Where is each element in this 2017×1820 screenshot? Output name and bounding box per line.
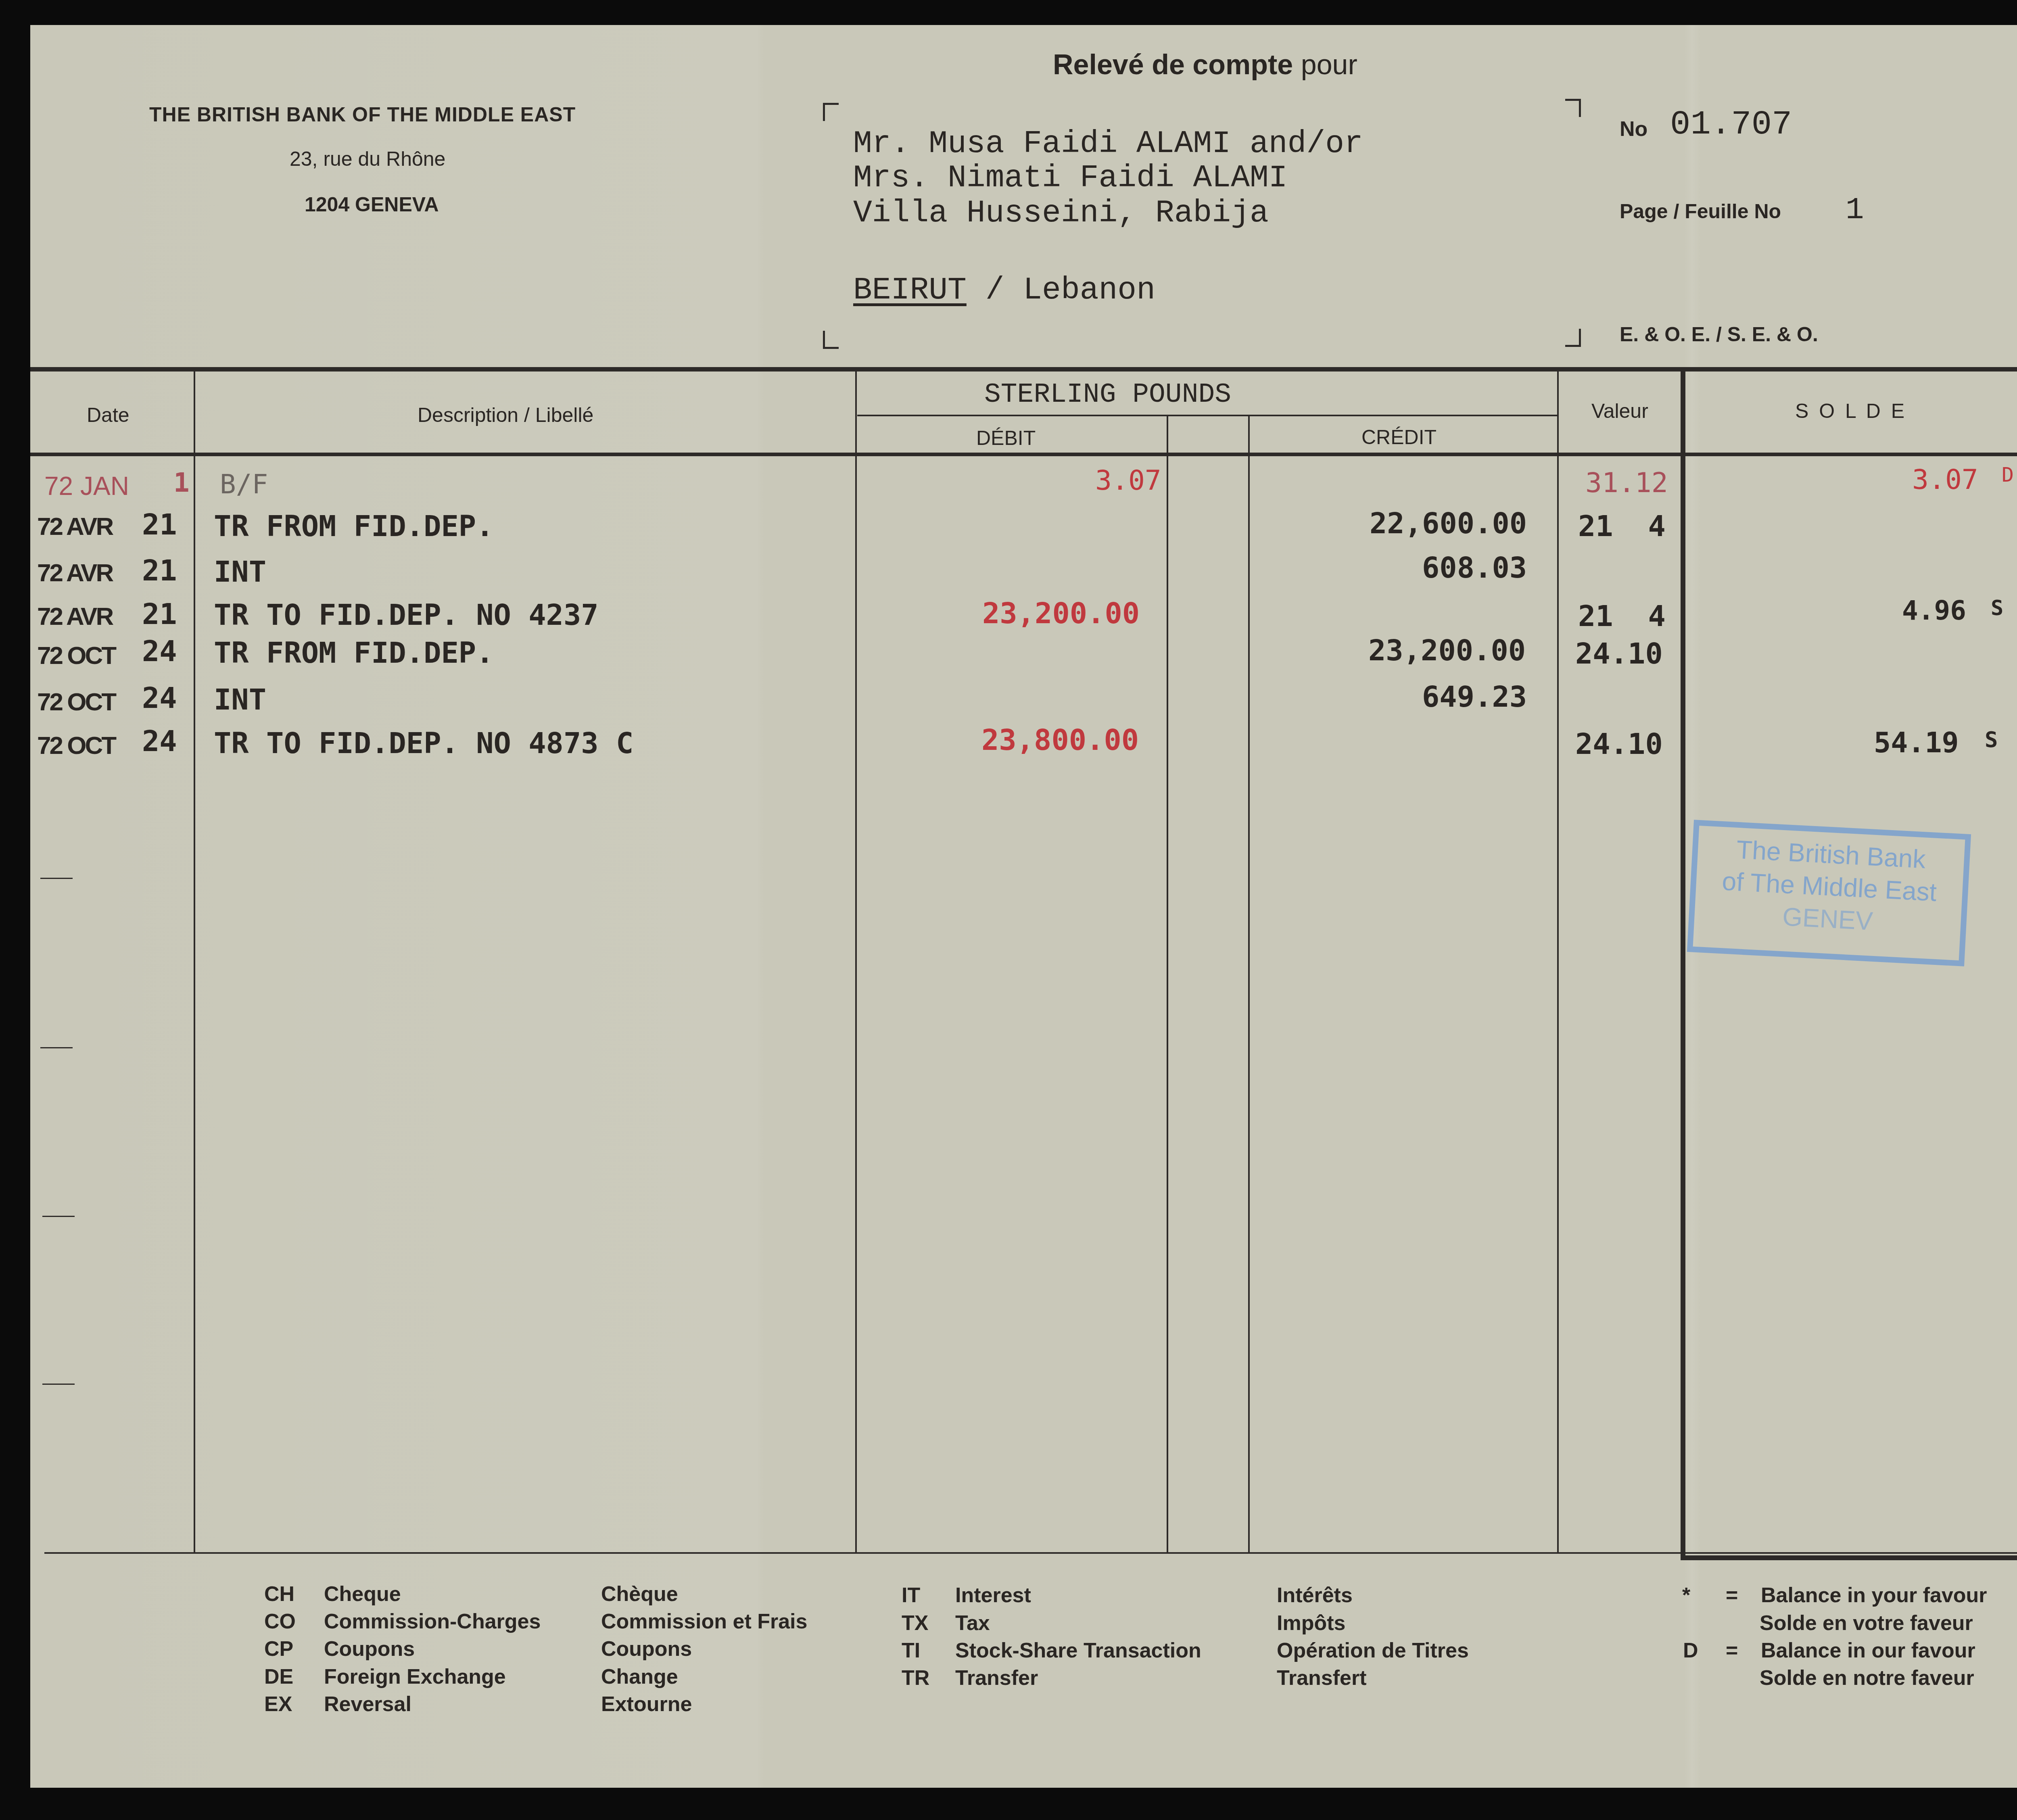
header-valeur: Valeur	[1591, 399, 1648, 423]
balance-en: Balance in our favour	[1761, 1638, 1975, 1663]
legend-fr: Extourne	[601, 1692, 692, 1716]
legend-en: Coupons	[324, 1637, 415, 1661]
row-solde-flag: D	[2002, 463, 2014, 486]
row-date-day: 24	[142, 634, 177, 668]
row-date-ym: 72 AVR	[37, 512, 112, 541]
legend-fr: Opération de Titres	[1277, 1638, 1469, 1663]
column-divider-credit	[1557, 372, 1559, 1552]
margin-tick	[42, 1216, 75, 1217]
recipient-city-country: BEIRUT / Lebanon	[853, 273, 1155, 307]
recipient-country: Lebanon	[1023, 273, 1155, 308]
row-valeur: 24.10	[1575, 637, 1663, 670]
row-description: B/F	[220, 469, 268, 500]
row-valeur: 31.12	[1585, 467, 1668, 499]
legend-code: IT	[902, 1583, 920, 1607]
row-date-day: 21	[142, 597, 177, 631]
row-date-day: 21	[142, 553, 177, 587]
balance-equals: =	[1726, 1583, 1738, 1607]
margin-tick	[40, 878, 73, 879]
statement-title-suffix: pour	[1301, 49, 1357, 80]
row-date-day: 21	[142, 507, 177, 541]
row-date-ym: 72 AVR	[37, 559, 112, 587]
legend-code: EX	[264, 1692, 292, 1716]
header-date: Date	[87, 403, 129, 427]
row-valeur: 21 4	[1578, 599, 1666, 633]
row-description: INT	[214, 555, 266, 589]
row-description: TR TO FID.DEP. NO 4237	[214, 598, 599, 632]
balance-fr: Solde en votre faveur	[1760, 1611, 1973, 1635]
column-divider-debit	[1248, 416, 1250, 1552]
legend-code: CH	[264, 1582, 294, 1606]
row-date-ym: 72 OCT	[37, 641, 115, 670]
row-description: TR FROM FID.DEP.	[214, 509, 494, 543]
legend-en: Stock-Share Transaction	[955, 1638, 1201, 1663]
row-date-day: 24	[142, 724, 177, 758]
legend-code: CP	[264, 1637, 293, 1661]
row-valeur: 21 4	[1578, 509, 1666, 543]
balance-equals: =	[1726, 1638, 1738, 1663]
legend-code: TI	[902, 1638, 920, 1663]
legend-en: Interest	[955, 1583, 1031, 1607]
legend-fr: Intérêts	[1277, 1583, 1353, 1607]
address-bracket-top-left	[823, 103, 839, 121]
row-solde: 54.19	[1874, 726, 1959, 759]
row-solde-flag: S	[1985, 727, 1998, 752]
legend-fr: Chèque	[601, 1582, 678, 1606]
balance-en: Balance in your favour	[1761, 1583, 1987, 1607]
row-debit: 23,200.00	[982, 596, 1140, 630]
legend-code: CO	[264, 1609, 296, 1634]
header-solde: S O L D E	[1795, 399, 1907, 423]
address-bracket-bottom-left	[823, 331, 839, 349]
row-credit: 608.03	[1422, 551, 1527, 584]
disclaimer: E. & O. E. / S. E. & O.	[1620, 323, 1818, 346]
bank-stamp: The British Bank of The Middle East GENE…	[1687, 820, 1971, 966]
row-credit: 23,200.00	[1368, 633, 1526, 667]
row-date-ym: 72 OCT	[37, 731, 115, 760]
row-solde: 4.96	[1902, 595, 1966, 626]
column-divider-date	[194, 372, 195, 1552]
header-debit: DÉBIT	[976, 426, 1036, 450]
statement-number: 01.707	[1670, 106, 1792, 144]
header-description: Description / Libellé	[418, 403, 593, 427]
statement-number-label: No	[1620, 117, 1647, 141]
bank-name: THE BRITISH BANK OF THE MIDDLE EAST	[149, 103, 576, 126]
address-bracket-bottom-right	[1565, 329, 1581, 347]
bank-address: 23, rue du Rhône	[290, 147, 445, 171]
margin-tick	[40, 1047, 73, 1048]
legend-en: Foreign Exchange	[324, 1665, 506, 1689]
table-bottom-rule	[44, 1552, 2017, 1554]
row-valeur: 24.10	[1575, 727, 1663, 761]
row-solde-flag: S	[1991, 596, 2003, 620]
address-bracket-top-right	[1565, 99, 1581, 117]
legend-code: DE	[264, 1665, 293, 1689]
column-divider-debit-cents	[1167, 416, 1168, 1552]
legend-fr: Commission et Frais	[601, 1609, 807, 1634]
row-solde: 3.07	[1912, 464, 1978, 496]
recipient-line-2: Mrs. Nimati Faidi ALAMI	[853, 161, 1288, 195]
legend-code: TR	[902, 1666, 929, 1690]
row-description: INT	[214, 682, 266, 716]
solde-box-bottom	[1681, 1555, 2017, 1560]
legend-en: Commission-Charges	[324, 1609, 541, 1634]
row-description: TR FROM FID.DEP.	[214, 636, 494, 670]
legend-en: Transfer	[955, 1666, 1038, 1690]
statement-title: Relevé de compte pour	[1053, 48, 1357, 81]
row-date-ym: 72 JAN	[44, 471, 129, 501]
row-date-day: 1	[173, 467, 190, 498]
recipient-separator: /	[986, 273, 1004, 308]
row-debit: 23,800.00	[981, 723, 1139, 757]
balance-symbol-asterisk: *	[1682, 1583, 1690, 1607]
legend-code: TX	[902, 1611, 928, 1635]
recipient-line-1: Mr. Musa Faidi ALAMI and/or	[853, 127, 1363, 161]
recipient-city: BEIRUT	[853, 273, 967, 308]
bank-city: 1204 GENEVA	[305, 193, 439, 216]
balance-fr: Solde en notre faveur	[1760, 1666, 1974, 1690]
table-header-rule	[30, 453, 2017, 456]
legend-fr: Change	[601, 1665, 678, 1689]
balance-symbol-d: D	[1683, 1638, 1698, 1663]
page-number: 1	[1846, 193, 1864, 227]
header-currency: STERLING POUNDS	[984, 379, 1231, 410]
row-credit: 22,600.00	[1370, 506, 1527, 540]
margin-tick	[42, 1384, 75, 1385]
legend-fr: Impôts	[1277, 1611, 1345, 1635]
recipient-line-3: Villa Husseini, Rabija	[853, 196, 1269, 230]
row-date-day: 24	[142, 681, 177, 715]
legend-en: Reversal	[324, 1692, 411, 1716]
currency-subheader-rule	[857, 415, 1557, 416]
row-date-ym: 72 AVR	[37, 602, 112, 631]
row-debit: 3.07	[1095, 465, 1161, 497]
legend-en: Tax	[955, 1611, 990, 1635]
table-top-rule	[30, 367, 2017, 372]
row-credit: 649.23	[1422, 680, 1527, 714]
legend-fr: Coupons	[601, 1637, 692, 1661]
row-description: TR TO FID.DEP. NO 4873 C	[214, 726, 633, 760]
row-date-ym: 72 OCT	[37, 688, 115, 716]
header-credit: CRÉDIT	[1361, 426, 1437, 449]
legend-fr: Transfert	[1277, 1666, 1367, 1690]
solde-box-left	[1681, 372, 1685, 1559]
page-label: Page / Feuille No	[1620, 200, 1781, 223]
column-divider-description	[855, 372, 857, 1552]
statement-title-bold: Relevé de compte	[1053, 49, 1293, 80]
legend-en: Cheque	[324, 1582, 401, 1606]
